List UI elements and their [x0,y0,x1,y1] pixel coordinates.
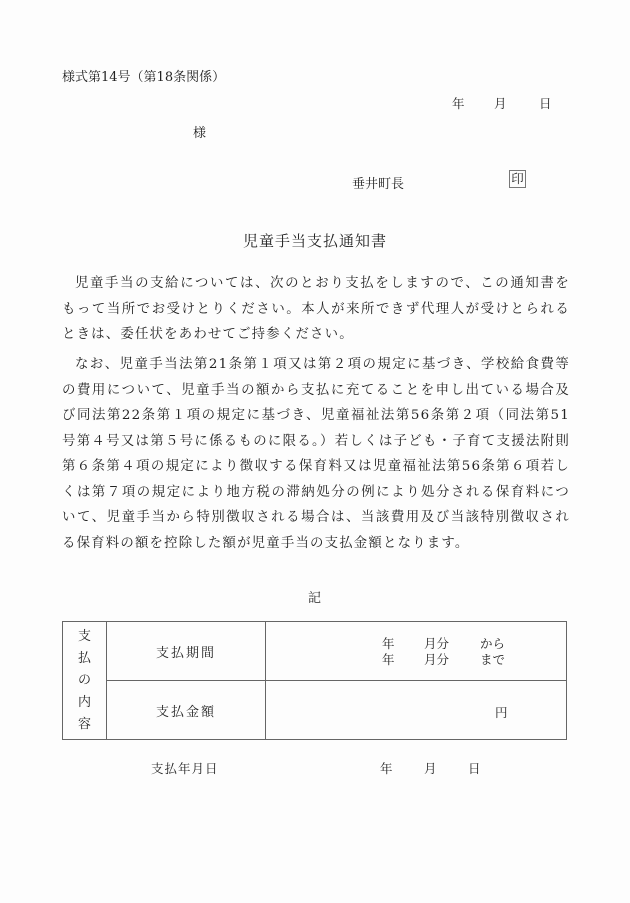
period-label: 支払期間 [107,622,266,681]
amount-unit: 円 [495,703,508,721]
period-from-year: 年 [382,636,395,651]
period-value: 年 月分 から 年 月分 まで [266,622,567,681]
payment-content-label: 支 払 の 内 容 [63,622,107,740]
payment-date-month: 月 [424,759,468,777]
issue-date-month: 月 [494,94,539,112]
amount-label: 支払金額 [107,681,266,740]
issuer-name: 垂井町長 [352,173,404,192]
side-label-char: 内 [63,692,106,714]
period-to-suffix: まで [480,652,505,667]
payment-date-label: 支払年月日 [151,759,219,777]
issue-date-day: 日 [539,94,552,112]
issue-date-year: 年 [452,94,494,112]
document-title: 児童手当支払通知書 [0,230,630,251]
period-from-suffix: から [480,636,505,651]
payment-table: 支 払 の 内 容 支払期間 年 月分 から 年 月分 まで 支払金額 [62,621,567,740]
table-row-amount: 支払金額 円 [63,681,567,740]
body-paragraph-1: 児童手当の支給については、次のとおり支払をしますので、この通知書をもって当所でお… [62,271,570,348]
addressee-suffix: 様 [193,122,206,141]
side-label-char: 支 [63,626,106,648]
period-to-month: 月分 [424,652,449,667]
ki-heading: 記 [308,587,321,606]
side-label-char: の [63,670,106,692]
body-paragraph-2: なお、児童手当法第21条第１項又は第２項の規定に基づき、学校給食費等の費用につい… [62,352,570,556]
amount-value: 円 [266,681,567,740]
form-number: 様式第14号（第18条関係） [62,66,225,85]
table-row-period: 支 払 の 内 容 支払期間 年 月分 から 年 月分 まで [63,622,567,681]
period-to-year: 年 [382,652,395,667]
payment-date: 年月日 [380,759,481,777]
payment-date-year: 年 [380,759,424,777]
seal-icon: 印 [509,170,526,188]
payment-date-day: 日 [468,761,481,776]
issue-date: 年月日 [452,94,552,112]
period-from-month: 月分 [424,636,449,651]
side-label-char: 容 [63,714,106,736]
side-label-char: 払 [63,648,106,670]
